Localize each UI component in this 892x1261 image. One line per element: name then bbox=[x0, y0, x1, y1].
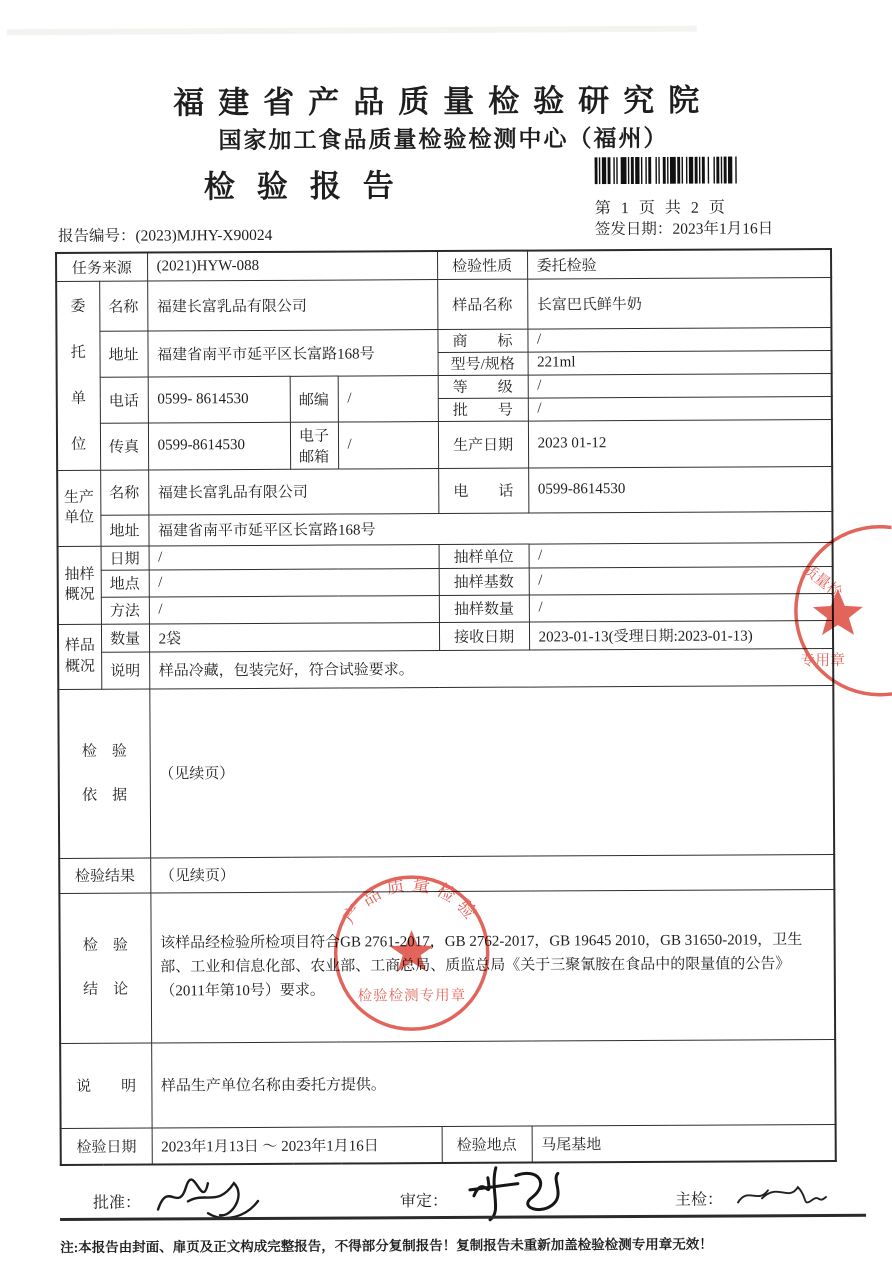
sampling-place-value: / bbox=[149, 568, 439, 597]
issue-date-label: 签发日期： bbox=[595, 221, 673, 238]
client-email-value: / bbox=[338, 421, 438, 469]
sample-name-label: 样品名称 bbox=[437, 279, 527, 329]
inspection-nature-label: 检验性质 bbox=[437, 251, 527, 279]
report-number: 报告编号：(2023)MJHY-X90024 bbox=[58, 223, 273, 246]
model-spec-value: 221ml bbox=[528, 350, 832, 375]
sample-qty-value: 2袋 bbox=[149, 622, 439, 652]
receive-date-label: 接收日期 bbox=[439, 622, 529, 650]
client-email-label: 电子 邮箱 bbox=[290, 422, 338, 469]
inspection-seal-stamp: 产品质量检验 检验检测专用章 bbox=[326, 868, 497, 1039]
sample-note-value: 样品冷藏，包装完好，符合试验要求。 bbox=[149, 648, 833, 689]
review-label: 审定： bbox=[400, 1188, 448, 1211]
footer-note: 注:本报告由封面、扉页及正文构成完整报告，不得部分复制报告！复制报告未重新加盖检… bbox=[60, 1232, 880, 1256]
client-name-value: 福建长富乳品有限公司 bbox=[147, 279, 437, 331]
trademark-label: 商 标 bbox=[437, 329, 527, 352]
inspection-place-value: 马尾基地 bbox=[532, 1124, 836, 1163]
basis-value: （见续页） bbox=[149, 685, 834, 858]
batch-value: / bbox=[528, 396, 832, 421]
grade-label: 等 级 bbox=[438, 375, 528, 398]
chief-inspector-signature bbox=[732, 1174, 832, 1217]
basis-label: 检 验 依 据 bbox=[58, 689, 150, 858]
stamp-arc-text: 产品质量检验 bbox=[339, 873, 484, 927]
sampling-group-label: 抽样 概况 bbox=[58, 546, 101, 624]
sample-note-label: 说明 bbox=[101, 652, 149, 689]
stamp-star-icon bbox=[390, 930, 434, 971]
sampling-unit-label: 抽样单位 bbox=[439, 544, 529, 568]
inspection-place-label: 检验地点 bbox=[442, 1126, 532, 1163]
right-stamp-text: 专用章 bbox=[800, 651, 845, 669]
client-fax-label: 传真 bbox=[100, 423, 148, 470]
sampling-base-label: 抽样基数 bbox=[439, 568, 529, 595]
client-zip-value: / bbox=[338, 375, 438, 422]
client-zip-label: 邮编 bbox=[290, 376, 338, 422]
page-number-info: 第 1 页 共 2 页 bbox=[595, 195, 728, 219]
task-source-label: 任务来源 bbox=[56, 253, 147, 281]
scan-artifact-line bbox=[7, 26, 697, 36]
client-phone-value: 0599- 8614530 bbox=[148, 376, 290, 423]
right-edge-stamp: 质量检 专用章 bbox=[779, 513, 892, 714]
sampling-method-value: / bbox=[149, 595, 439, 624]
barcode bbox=[595, 156, 777, 184]
sampling-place-label: 地点 bbox=[101, 570, 149, 597]
report-number-label: 报告编号： bbox=[58, 228, 136, 245]
report-title: 检验报告 bbox=[0, 159, 622, 207]
producer-phone-value: 0599-8614530 bbox=[528, 466, 832, 513]
sample-overview-group-label: 样品 概况 bbox=[58, 624, 101, 689]
production-date-label: 生产日期 bbox=[438, 421, 528, 468]
remark-value: 样品生产单位名称由委托方提供。 bbox=[151, 1039, 835, 1128]
issue-date-value: 2023年1月16日 bbox=[672, 220, 773, 238]
inspection-date-value: 2023年1月13日 ～ 2023年1月16日 bbox=[152, 1126, 442, 1165]
center-subtitle: 国家加工食品质量检验检测中心（福州） bbox=[0, 119, 889, 157]
stamp-bottom-text: 检验检测专用章 bbox=[358, 986, 467, 1005]
approve-label: 批准： bbox=[93, 1190, 141, 1213]
sampling-date-value: / bbox=[149, 544, 439, 570]
model-spec-label: 型号/规格 bbox=[438, 352, 528, 375]
client-name-label: 名称 bbox=[99, 281, 147, 331]
inspection-nature-value: 委托检验 bbox=[527, 249, 831, 279]
client-address-label: 地址 bbox=[99, 331, 147, 377]
client-phone-label: 电话 bbox=[100, 377, 148, 423]
report-number-value: (2023)MJHY-X90024 bbox=[135, 227, 272, 245]
client-group-label: 委 托 单 位 bbox=[56, 281, 100, 470]
sampling-method-label: 方法 bbox=[101, 597, 149, 624]
sampling-date-label: 日期 bbox=[101, 546, 149, 570]
svg-text:质量检: 质量检 bbox=[799, 560, 846, 602]
batch-label: 批 号 bbox=[438, 398, 528, 421]
grade-value: / bbox=[528, 373, 832, 398]
producer-group-label: 生产 单位 bbox=[57, 470, 100, 546]
producer-address-value: 福建省南平市延平区长富路168号 bbox=[148, 511, 832, 546]
client-fax-value: 0599-8614530 bbox=[148, 422, 290, 470]
remark-label: 说 明 bbox=[60, 1043, 151, 1128]
issue-date: 签发日期：2023年1月16日 bbox=[595, 216, 773, 239]
trademark-value: / bbox=[527, 327, 831, 352]
chief-label: 主检： bbox=[675, 1187, 723, 1210]
inspection-report-page: 福建省产品质量检验研究院 国家加工食品质量检验检测中心（福州） 检验报告 第 1… bbox=[0, 0, 892, 1261]
inspection-date-label: 检验日期 bbox=[61, 1128, 152, 1165]
svg-text:产品质量检验: 产品质量检验 bbox=[339, 873, 484, 927]
page-title: 福建省产品质量检验研究院 bbox=[0, 74, 889, 124]
producer-phone-label: 电 话 bbox=[438, 468, 528, 513]
sample-qty-label: 数量 bbox=[101, 624, 149, 652]
scanned-sheet: 福建省产品质量检验研究院 国家加工食品质量检验检测中心（福州） 检验报告 第 1… bbox=[0, 0, 892, 1261]
sample-name-value: 长富巴氏鲜牛奶 bbox=[527, 277, 831, 329]
result-label: 检验结果 bbox=[59, 858, 150, 893]
conclusion-label: 检 验 结 论 bbox=[59, 893, 151, 1043]
sampling-quantity-label: 抽样数量 bbox=[439, 595, 529, 622]
producer-address-label: 地址 bbox=[100, 515, 148, 546]
producer-name-label: 名称 bbox=[100, 470, 148, 515]
task-source-value: (2021)HYW-088 bbox=[147, 251, 437, 281]
production-date-value: 2023 01-12 bbox=[528, 419, 832, 468]
client-address-value: 福建省南平市延平区长富路168号 bbox=[147, 329, 437, 377]
producer-name-value: 福建长富乳品有限公司 bbox=[148, 468, 438, 515]
